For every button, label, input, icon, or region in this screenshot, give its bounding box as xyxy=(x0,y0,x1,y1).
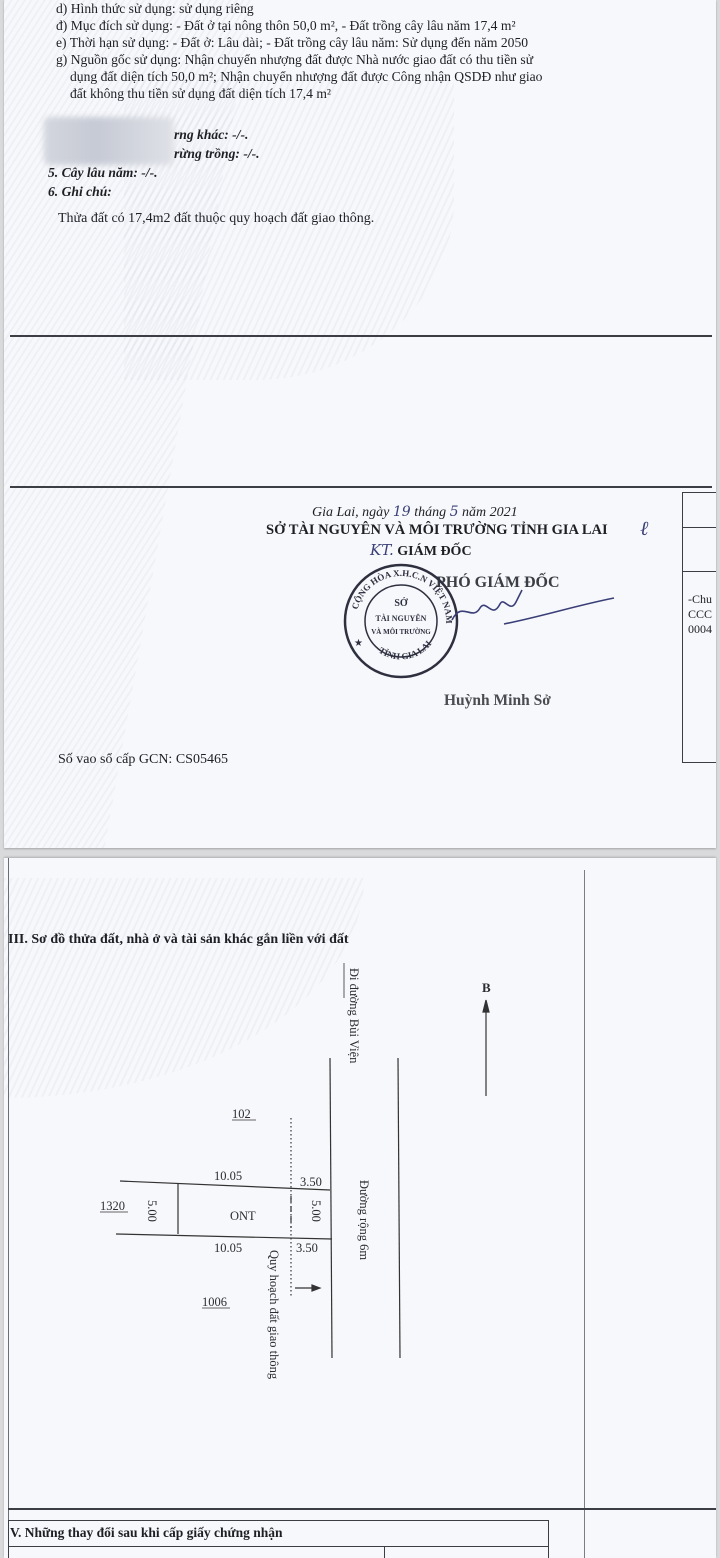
divider xyxy=(10,486,712,488)
info-line-origin-2: dụng đất diện tích 50,0 m²; Nhận chuyển … xyxy=(70,68,542,85)
side-box-line xyxy=(682,527,716,528)
road-direction: Đi đường Bùi Viện xyxy=(347,968,361,1064)
side-box-line xyxy=(682,762,716,763)
side-box-text: -Chu xyxy=(688,592,712,607)
bottom-setback: 3.50 xyxy=(296,1241,318,1255)
handwritten-day: 19 xyxy=(393,504,411,520)
role-line: KT. GIÁM ĐỐC xyxy=(370,541,472,560)
table-border xyxy=(548,1520,549,1558)
parcel-diagram: B 102 1320 1006 10.05 10.05 3.50 3.50 ON… xyxy=(4,858,716,1558)
signer-name: Huỳnh Minh Sở xyxy=(444,692,551,710)
info-line-usage-form: d) Hình thức sử dụng: sử dụng riêng xyxy=(56,0,254,17)
svg-text:TÀI NGUYÊN: TÀI NGUYÊN xyxy=(376,613,427,623)
svg-text:TỈNH GIA LAI: TỈNH GIA LAI xyxy=(377,638,434,661)
side-box-text: 0004 xyxy=(688,622,712,637)
side-box-line xyxy=(682,571,716,572)
info-line-origin: g) Nguồn gốc sử dụng: Nhận chuyển nhượng… xyxy=(56,51,533,68)
initial-mark: ℓ xyxy=(640,516,648,541)
table-border xyxy=(384,1546,385,1558)
info-line-origin-3: đất không thu tiền sử dụng đất diện tích… xyxy=(70,85,331,102)
signature-scribble-icon xyxy=(444,580,624,650)
parcel-label: ONT xyxy=(230,1209,256,1223)
side-box-line xyxy=(682,492,716,493)
planning-note: Quy hoạch đất giao thông xyxy=(267,1250,281,1380)
role-title: GIÁM ĐỐC xyxy=(397,544,471,559)
svg-text:VÀ MÔI TRƯỜNG: VÀ MÔI TRƯỜNG xyxy=(371,628,431,636)
right-width: 5.00 xyxy=(309,1200,323,1222)
item-other-forest: rng khác: -/-. xyxy=(174,126,248,143)
info-line-duration: e) Thời hạn sử dụng: - Đất ở: Lâu dài; -… xyxy=(56,34,528,51)
neighbor-1320: 1320 xyxy=(100,1199,125,1213)
side-box-text: CCC xyxy=(688,607,712,622)
top-setback: 3.50 xyxy=(300,1175,322,1189)
item-perennial-trees: 5. Cây lâu năm: -/-. xyxy=(48,164,158,181)
certificate-page-2: III. Sơ đồ thửa đất, nhà ở và tài sản kh… xyxy=(4,858,716,1558)
neighbor-102: 102 xyxy=(232,1107,251,1121)
section-title-changes: V. Những thay đổi sau khi cấp giấy chứng… xyxy=(10,1525,283,1541)
bottom-length: 10.05 xyxy=(214,1241,242,1255)
divider xyxy=(10,335,712,337)
kt-mark: KT. xyxy=(370,541,394,559)
neighbor-1006: 1006 xyxy=(202,1295,227,1309)
table-border xyxy=(8,1520,548,1521)
registry-number: Số vao sổ cấp GCN: CS05465 xyxy=(58,752,228,768)
north-label: B xyxy=(482,980,491,995)
road-width: Đường rộng 6m xyxy=(357,1180,371,1260)
left-width: 5.00 xyxy=(145,1200,159,1222)
svg-text:★: ★ xyxy=(354,638,363,649)
item-notes-heading: 6. Ghi chú: xyxy=(48,183,112,200)
info-line-purpose: đ) Mục đích sử dụng: - Đất ở tại nông th… xyxy=(56,17,516,34)
table-border xyxy=(8,1520,9,1558)
agency-name: SỞ TÀI NGUYÊN VÀ MÔI TRƯỜNG TỈNH GIA LAI xyxy=(266,522,608,539)
handwritten-month: 5 xyxy=(450,504,459,520)
redacted-area xyxy=(44,117,174,165)
item-planted-forest: rừng trồng: -/-. xyxy=(174,145,260,162)
place-date: Gia Lai, ngày 19 tháng 5 năm 2021 xyxy=(312,504,518,521)
top-length: 10.05 xyxy=(214,1169,242,1183)
svg-text:SỞ: SỞ xyxy=(394,597,408,609)
note-text: Thửa đất có 17,4m2 đất thuộc quy hoạch đ… xyxy=(58,210,374,227)
certificate-page-1: d) Hình thức sử dụng: sử dụng riêng đ) M… xyxy=(4,0,716,848)
side-box-border xyxy=(682,492,683,762)
table-border xyxy=(8,1546,548,1547)
divider xyxy=(8,1508,716,1510)
